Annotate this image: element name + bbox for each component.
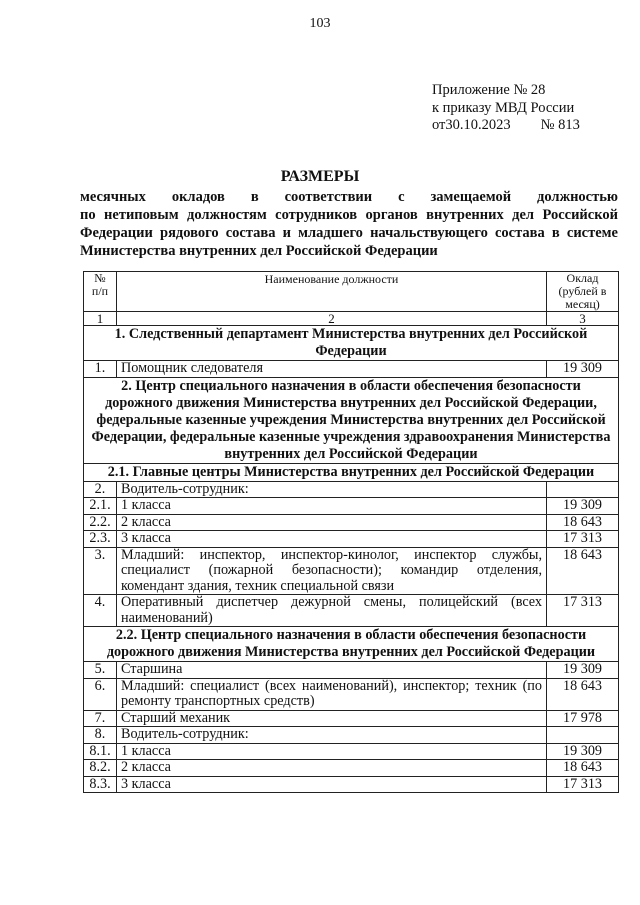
position-name: Оперативный диспетчер дежурной смены, по…: [117, 595, 547, 627]
table-row: 8.2.2 класса18 643: [84, 760, 619, 777]
row-number: 5.: [84, 662, 117, 679]
row-number: 8.2.: [84, 760, 117, 777]
row-number: 2.3.: [84, 531, 117, 548]
salary-value: 18 643: [547, 678, 619, 710]
section-heading: 2.2. Центр специального назначения в обл…: [84, 627, 619, 662]
table-row: 1.Помощник следователя19 309: [84, 361, 619, 378]
subtitle-rest: по нетиповым должностям сотрудников орга…: [80, 207, 618, 259]
row-number: 8.3.: [84, 776, 117, 793]
position-name: 2 класса: [117, 514, 547, 531]
position-name: 3 класса: [117, 531, 547, 548]
table-row: 2.2.2 класса18 643: [84, 514, 619, 531]
section-heading: 2.1. Главные центры Министерства внутрен…: [84, 463, 619, 481]
appendix-block: Приложение № 28 к приказу МВД России от3…: [432, 82, 580, 135]
section-heading: 2. Центр специального назначения в облас…: [84, 377, 619, 463]
salary-value: 18 643: [547, 547, 619, 595]
header-salary: Оклад (рублей в месяц): [547, 272, 619, 312]
salary-value: 18 643: [547, 514, 619, 531]
position-name: Старшина: [117, 662, 547, 679]
salary-value: [547, 727, 619, 744]
section-heading: 1. Следственный департамент Министерства…: [84, 326, 619, 361]
table-row: 3.Младший: инспектор, инспектор-кинолог,…: [84, 547, 619, 595]
position-name: 3 класса: [117, 776, 547, 793]
row-number: 1.: [84, 361, 117, 378]
header-num: № п/п: [84, 272, 117, 312]
row-number: 3.: [84, 547, 117, 595]
row-number: 2.2.: [84, 514, 117, 531]
header-name: Наименование должности: [117, 272, 547, 312]
table-row: 5.Старшина19 309: [84, 662, 619, 679]
table-section-row: 2. Центр специального назначения в облас…: [84, 377, 619, 463]
position-name: Водитель-сотрудник:: [117, 727, 547, 744]
salary-value: 17 313: [547, 531, 619, 548]
table-section-row: 2.2. Центр специального назначения в обл…: [84, 627, 619, 662]
table-row: 2.1.1 класса19 309: [84, 498, 619, 515]
row-number: 2.1.: [84, 498, 117, 515]
position-name: Помощник следователя: [117, 361, 547, 378]
table-row: 4.Оперативный диспетчер дежурной смены, …: [84, 595, 619, 627]
salary-value: 17 313: [547, 595, 619, 627]
salary-value: 19 309: [547, 662, 619, 679]
page-number: 103: [0, 16, 640, 32]
row-number: 7.: [84, 710, 117, 727]
table-row: 8.Водитель-сотрудник:: [84, 727, 619, 744]
position-name: Младший: инспектор, инспектор-кинолог, и…: [117, 547, 547, 595]
document-title: РАЗМЕРЫ: [0, 168, 640, 186]
table-index-row: 1 2 3: [84, 312, 619, 326]
index-col-3: 3: [547, 312, 619, 326]
subtitle-first-line: месячных окладов в соответствии с замеща…: [80, 188, 618, 206]
order-number: № 813: [541, 117, 580, 133]
table-row: 2.Водитель-сотрудник:: [84, 481, 619, 498]
table-row: 7.Старший механик17 978: [84, 710, 619, 727]
row-number: 8.: [84, 727, 117, 744]
salary-table: № п/п Наименование должности Оклад (рубл…: [83, 271, 619, 793]
row-number: 6.: [84, 678, 117, 710]
salary-value: 19 309: [547, 361, 619, 378]
appendix-line-3: от30.10.2023№ 813: [432, 117, 580, 135]
table-header-row: № п/п Наименование должности Оклад (рубл…: [84, 272, 619, 312]
salary-value: 18 643: [547, 760, 619, 777]
salary-value: 17 978: [547, 710, 619, 727]
appendix-line-1: Приложение № 28: [432, 82, 580, 100]
salary-value: [547, 481, 619, 498]
table-section-row: 2.1. Главные центры Министерства внутрен…: [84, 463, 619, 481]
row-number: 8.1.: [84, 743, 117, 760]
appendix-line-2: к приказу МВД России: [432, 100, 580, 118]
position-name: 2 класса: [117, 760, 547, 777]
position-name: 1 класса: [117, 498, 547, 515]
table-row: 2.3.3 класса17 313: [84, 531, 619, 548]
salary-value: 17 313: [547, 776, 619, 793]
index-col-1: 1: [84, 312, 117, 326]
row-number: 2.: [84, 481, 117, 498]
row-number: 4.: [84, 595, 117, 627]
salary-value: 19 309: [547, 743, 619, 760]
order-date: от30.10.2023: [432, 117, 511, 133]
position-name: Водитель-сотрудник:: [117, 481, 547, 498]
position-name: Младший: специалист (всех наименований),…: [117, 678, 547, 710]
document-subtitle: месячных окладов в соответствии с замеща…: [80, 188, 618, 260]
position-name: 1 класса: [117, 743, 547, 760]
index-col-2: 2: [117, 312, 547, 326]
table-row: 8.1.1 класса19 309: [84, 743, 619, 760]
table-row: 6.Младший: специалист (всех наименований…: [84, 678, 619, 710]
salary-value: 19 309: [547, 498, 619, 515]
table-section-row: 1. Следственный департамент Министерства…: [84, 326, 619, 361]
position-name: Старший механик: [117, 710, 547, 727]
table-row: 8.3.3 класса17 313: [84, 776, 619, 793]
